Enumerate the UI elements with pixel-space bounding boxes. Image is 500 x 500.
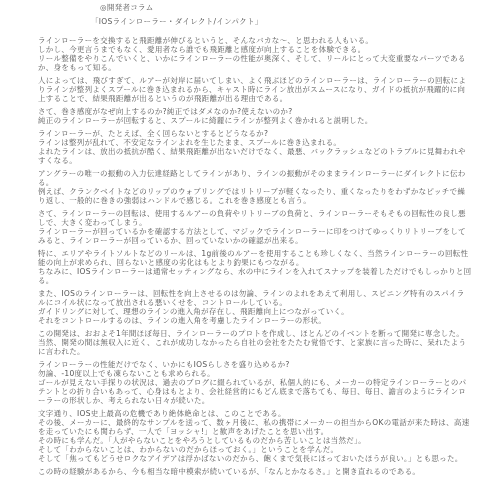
paragraph: さて、ラインローラーの回転は、使用するルアーの負荷やリトリーブの負荷と、ラインロ… <box>38 209 472 245</box>
paragraph: また、IOSのラインローラーは、回転性を向上させるのは勿論、ラインのよれをあえて… <box>38 289 472 325</box>
page-title: 「IOSラインローラー・ダイレクト/インパクト」 <box>91 17 472 26</box>
paragraph: この開発は、おおよそ1年間ほぼ毎日、ラインローラーのプロトを作成し、ほとんどのイ… <box>38 329 472 356</box>
paragraph: 文字通り、IOS史上最高の危機であり絶体絶命とは、このことである。 その後、メー… <box>38 409 472 463</box>
paragraph: この時の経験があるから、今も相当な暗中模索が続いているが、「なんとかなるさ。」と… <box>38 467 472 476</box>
paragraph: 人によっては、飛びすぎて、ルアーが対岸に届いてしまい、よく飛ぶほどのラインローラ… <box>38 76 472 103</box>
paragraph: ラインローラーの性能だけでなく、いかにもIOSらしさを盛り込めるか? 勿論、-1… <box>38 360 472 405</box>
paragraph: ラインローラーが、たとえば、全く回らないとするとどうなるか? ラインは整列が乱れ… <box>38 129 472 165</box>
paragraph: さて、巻き感度がなぜ向上するのか?純正ではダメなのか?使えないのか? 純正のライ… <box>38 107 472 125</box>
paragraph: ラインローラーを交換すると飛距離が伸びるというと、そんなバカな〜、と思われる人も… <box>38 36 472 72</box>
paragraph: 特に、エリアやライトソルトなどのリールは、1g前後のルアーを使用することも珍しく… <box>38 249 472 285</box>
document-page: ◎開発者コラム 「IOSラインローラー・ダイレクト/インパクト」 ラインローラー… <box>0 0 500 500</box>
paragraph: アングラーの唯一の振動の入力伝達経路としてラインがあり、ラインの振動がそのままラ… <box>38 169 472 205</box>
column-kicker: ◎開発者コラム <box>100 3 472 12</box>
